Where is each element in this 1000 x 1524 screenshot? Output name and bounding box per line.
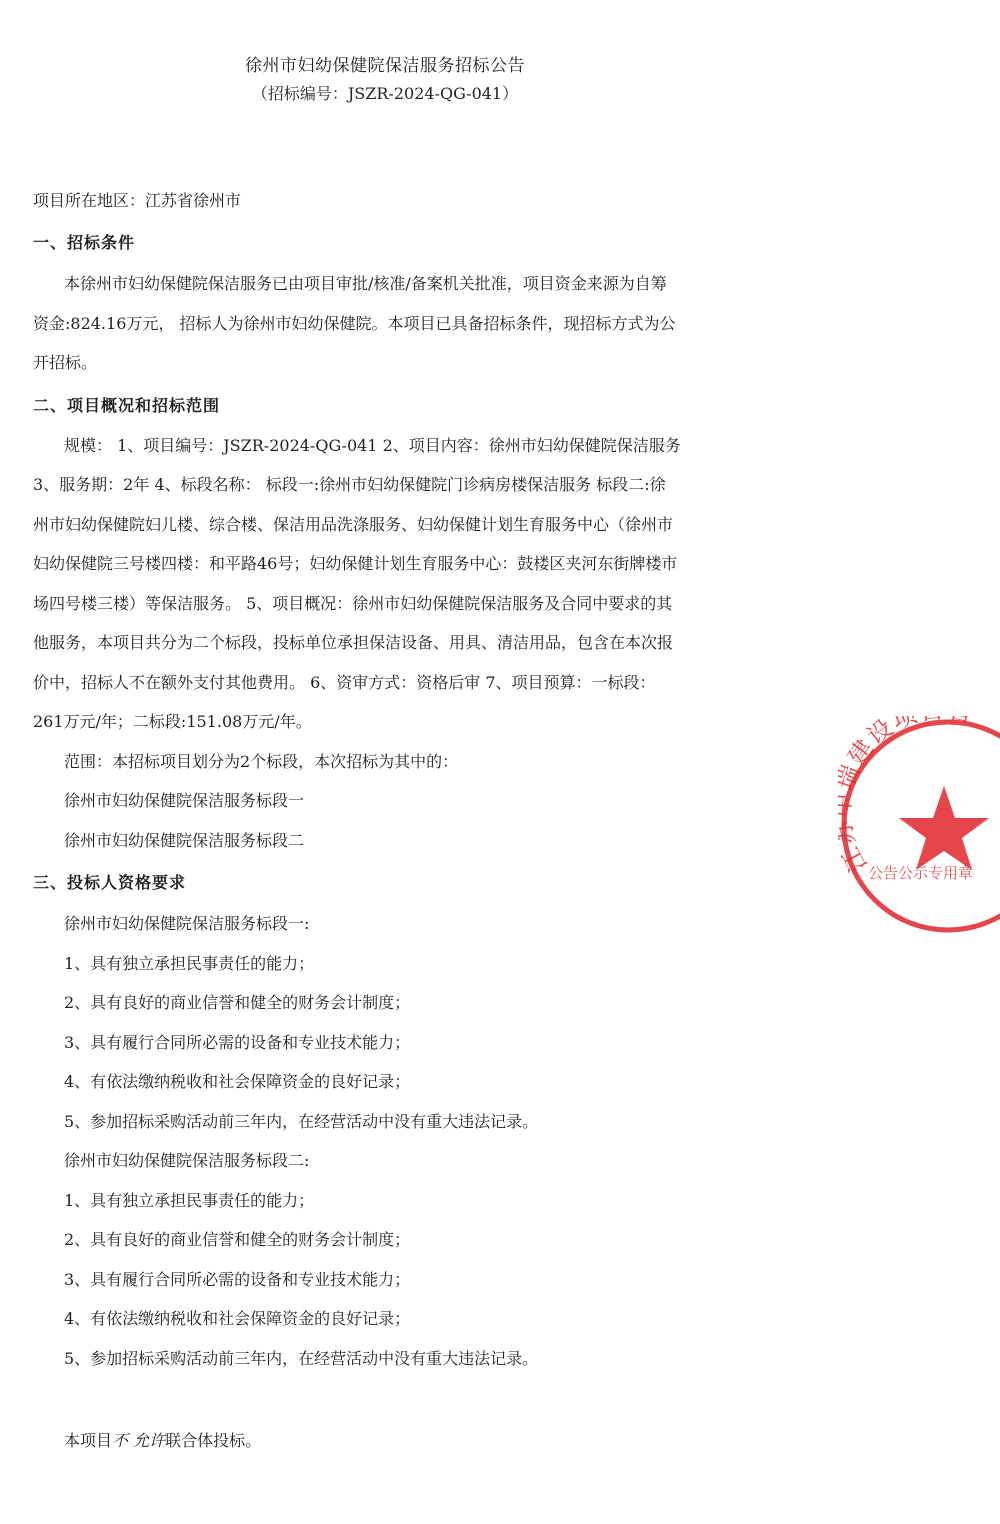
project-region: 项目所在地区：江苏省徐州市 [33, 189, 743, 213]
title-block: 徐州市妇幼保健院保洁服务招标公告 （招标编号：JSZR-2024-QG-041） [0, 52, 770, 108]
requirement-item: 2、具有良好的商业信誉和健全的财务会计制度； [64, 991, 774, 1015]
paragraph-line: 价中，招标人不在额外支付其他费用。 6、资审方式：资格后审 7、项目预算：一标段… [33, 671, 743, 695]
official-seal-icon: 江苏中瑞建设项目管 公告公示专用章 [838, 716, 1000, 936]
paragraph-line: 场四号楼三楼）等保洁服务。 5、项目概况：徐州市妇幼保健院保洁服务及合同中要求的… [33, 592, 743, 616]
tender-number: （招标编号：JSZR-2024-QG-041） [0, 80, 770, 108]
requirement-item: 3、具有履行合同所必需的设备和专业技术能力； [64, 1268, 774, 1292]
consortium-prefix: 本项目 [64, 1431, 112, 1450]
paragraph-line: 资金:824.16万元， 招标人为徐州市妇幼保健院。本项目已具备招标条件，现招标… [33, 312, 743, 336]
consortium-statement: 本项目不 允许联合体投标。 [64, 1429, 774, 1453]
lot-name: 徐州市妇幼保健院保洁服务标段一 [64, 789, 774, 813]
consortium-emphasis: 不 允许 [112, 1431, 165, 1450]
paragraph-line: 本徐州市妇幼保健院保洁服务已由项目审批/核准/备案机关批准，项目资金来源为自筹 [64, 272, 774, 296]
paragraph-line: 261万元/年；二标段:151.08万元/年。 [33, 710, 743, 734]
requirement-item: 4、有依法缴纳税收和社会保障资金的良好记录； [64, 1307, 774, 1331]
lot-name: 徐州市妇幼保健院保洁服务标段二 [64, 829, 774, 853]
requirement-item: 5、参加招标采购活动前三年内，在经营活动中没有重大违法记录。 [64, 1347, 774, 1371]
requirement-item: 1、具有独立承担民事责任的能力； [64, 1189, 774, 1213]
paragraph-line: 开招标。 [33, 351, 743, 375]
section-heading-project-overview: 二、项目概况和招标范围 [33, 394, 743, 418]
requirement-item: 2、具有良好的商业信誉和健全的财务会计制度； [64, 1228, 774, 1252]
section-heading-bidding-conditions: 一、招标条件 [33, 231, 743, 255]
section-heading-bidder-qualifications: 三、投标人资格要求 [33, 871, 743, 895]
document-page: 徐州市妇幼保健院保洁服务招标公告 （招标编号：JSZR-2024-QG-041）… [0, 0, 1000, 1524]
paragraph-line: 州市妇幼保健院妇儿楼、综合楼、保洁用品洗涤服务、妇幼保健计划生育服务中心（徐州市 [33, 513, 743, 537]
lot1-title: 徐州市妇幼保健院保洁服务标段一: [64, 912, 774, 936]
document-title: 徐州市妇幼保健院保洁服务招标公告 [0, 52, 770, 80]
requirement-item: 1、具有独立承担民事责任的能力； [64, 952, 774, 976]
requirement-item: 5、参加招标采购活动前三年内，在经营活动中没有重大违法记录。 [64, 1110, 774, 1134]
star-icon [899, 786, 989, 870]
requirement-item: 3、具有履行合同所必需的设备和专业技术能力； [64, 1031, 774, 1055]
paragraph-line: 他服务，本项目共分为二个标段，投标单位承担保洁设备、用具、清洁用品，包含在本次报 [33, 631, 743, 655]
lot2-title: 徐州市妇幼保健院保洁服务标段二: [64, 1149, 774, 1173]
paragraph-line: 规模： 1、项目编号：JSZR-2024-QG-041 2、项目内容：徐州市妇幼… [64, 434, 774, 458]
consortium-suffix: 联合体投标。 [165, 1431, 261, 1450]
paragraph-line: 3、服务期：2年 4、标段名称： 标段一:徐州市妇幼保健院门诊病房楼保洁服务 标… [33, 473, 743, 497]
paragraph-line: 妇幼保健院三号楼四楼：和平路46号；妇幼保健计划生育服务中心：鼓楼区夹河东街牌楼… [33, 552, 743, 576]
seal-bottom-text: 公告公示专用章 [868, 864, 973, 882]
scope-line: 范围：本招标项目划分为2个标段，本次招标为其中的： [64, 750, 774, 774]
requirement-item: 4、有依法缴纳税收和社会保障资金的良好记录； [64, 1070, 774, 1094]
